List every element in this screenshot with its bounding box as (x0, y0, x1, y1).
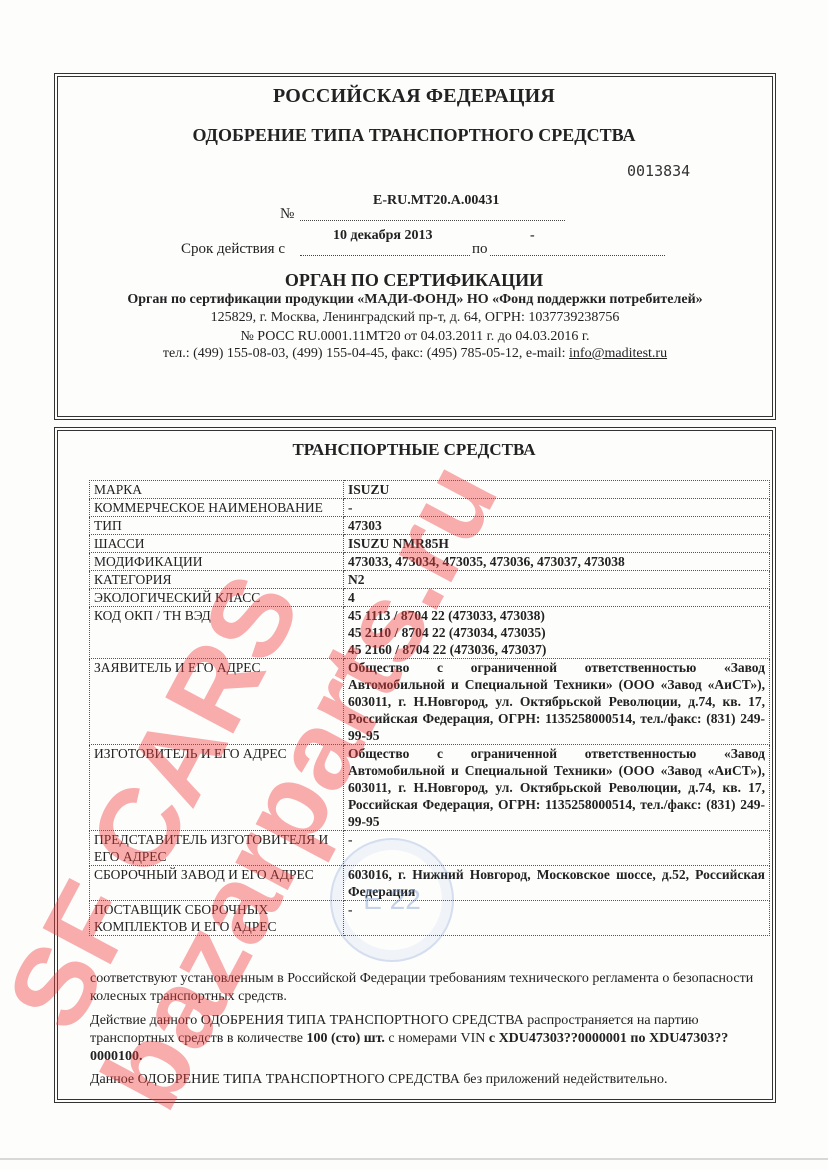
table-row: ЗАЯВИТЕЛЬ И ЕГО АДРЕСОбщество с ограниче… (90, 659, 770, 745)
approval-number: E-RU.MT20.A.00431 (373, 193, 499, 209)
row-label: КОД ОКП / ТН ВЭД (90, 607, 344, 659)
certification-body-accreditation: № РОСС RU.0001.11МТ20 от 04.03.2011 г. д… (57, 329, 773, 345)
row-value: 4 (344, 589, 770, 607)
row-label: МОДИФИКАЦИИ (90, 553, 344, 571)
contacts-text: тел.: (499) 155-08-03, (499) 155-04-45, … (163, 346, 569, 361)
row-value: - (344, 499, 770, 517)
vehicles-title: ТРАНСПОРТНЫЕ СРЕДСТВА (0, 440, 828, 460)
row-label: СБОРОЧНЫЙ ЗАВОД И ЕГО АДРЕС (90, 866, 344, 901)
row-value: Общество с ограниченной ответственностью… (344, 659, 770, 745)
table-row: КОД ОКП / ТН ВЭД45 1113 / 8704 22 (47303… (90, 607, 770, 659)
table-row: МОДИФИКАЦИИ473033, 473034, 473035, 47303… (90, 553, 770, 571)
table-row: ТИП47303 (90, 517, 770, 535)
certification-body-address: 125829, г. Москва, Ленинградский пр-т, д… (57, 310, 773, 326)
validity-label: Срок действия с (181, 241, 285, 258)
validity-from: 10 декабря 2013 (333, 228, 433, 244)
certification-body-contacts: тел.: (499) 155-08-03, (499) 155-04-45, … (57, 346, 773, 362)
table-row: ШАССИISUZU NMR85H (90, 535, 770, 553)
row-value: - (344, 901, 770, 936)
row-value: Общество с ограниченной ответственностью… (344, 745, 770, 831)
table-row: ЭКОЛОГИЧЕСКИЙ КЛАСС4 (90, 589, 770, 607)
email-link[interactable]: info@maditest.ru (569, 346, 667, 361)
vehicle-spec-table: МАРКАISUZUКОММЕРЧЕСКОЕ НАИМЕНОВАНИЕ-ТИП4… (89, 480, 770, 936)
row-value: ISUZU (344, 481, 770, 499)
page-edge (0, 1158, 828, 1160)
table-row: ИЗГОТОВИТЕЛЬ И ЕГО АДРЕСОбщество с огран… (90, 745, 770, 831)
scope-quantity: 100 (сто) шт. (307, 1031, 385, 1046)
table-row: СБОРОЧНЫЙ ЗАВОД И ЕГО АДРЕС603016, г. Ни… (90, 866, 770, 901)
row-label: ПОСТАВЩИК СБОРОЧНЫХ КОМПЛЕКТОВ И ЕГО АДР… (90, 901, 344, 936)
validity-from-line (300, 255, 470, 256)
certification-body-title: ОРГАН ПО СЕРТИФИКАЦИИ (0, 270, 828, 291)
row-value-line: 45 1113 / 8704 22 (473033, 473038) (348, 607, 765, 624)
row-value-line: 45 2160 / 8704 22 (473036, 473037) (348, 641, 765, 658)
number-label: № (280, 206, 294, 223)
number-field-line (300, 220, 565, 221)
row-value: 473033, 473034, 473035, 473036, 473037, … (344, 553, 770, 571)
country-title: РОССИЙСКАЯ ФЕДЕРАЦИЯ (0, 85, 828, 108)
row-label: КОММЕРЧЕСКОЕ НАИМЕНОВАНИЕ (90, 499, 344, 517)
certification-body-name: Орган по сертификации продукции «МАДИ-ФО… (57, 292, 773, 308)
scope-text-2: с номерами VIN (385, 1031, 489, 1046)
validity-note: Данное ОДОБРЕНИЕ ТИПА ТРАНСПОРТНОГО СРЕД… (90, 1071, 770, 1089)
row-label: ШАССИ (90, 535, 344, 553)
compliance-statement: соответствуют установленным в Российской… (90, 970, 770, 1006)
scope-statement: Действие данного ОДОБРЕНИЯ ТИПА ТРАНСПОР… (90, 1012, 770, 1066)
validity-to: - (530, 228, 535, 244)
row-value: 47303 (344, 517, 770, 535)
row-label: ТИП (90, 517, 344, 535)
row-value: 45 1113 / 8704 22 (473033, 473038)45 211… (344, 607, 770, 659)
validity-to-label: по (472, 241, 488, 258)
table-row: КАТЕГОРИЯN2 (90, 571, 770, 589)
row-label: КАТЕГОРИЯ (90, 571, 344, 589)
row-value: N2 (344, 571, 770, 589)
row-label: МАРКА (90, 481, 344, 499)
table-row: МАРКАISUZU (90, 481, 770, 499)
row-value: - (344, 831, 770, 866)
table-row: ПРЕДСТАВИТЕЛЬ ИЗГОТОВИТЕЛЯ И ЕГО АДРЕС- (90, 831, 770, 866)
row-value: 603016, г. Нижний Новгород, Московское ш… (344, 866, 770, 901)
serial-number: 0013834 (627, 162, 690, 180)
table-row: КОММЕРЧЕСКОЕ НАИМЕНОВАНИЕ- (90, 499, 770, 517)
document-title: ОДОБРЕНИЕ ТИПА ТРАНСПОРТНОГО СРЕДСТВА (0, 125, 828, 146)
validity-to-line (490, 255, 665, 256)
row-value: ISUZU NMR85H (344, 535, 770, 553)
table-row: ПОСТАВЩИК СБОРОЧНЫХ КОМПЛЕКТОВ И ЕГО АДР… (90, 901, 770, 936)
row-label: ЗАЯВИТЕЛЬ И ЕГО АДРЕС (90, 659, 344, 745)
row-label: ЭКОЛОГИЧЕСКИЙ КЛАСС (90, 589, 344, 607)
row-value-line: 45 2110 / 8704 22 (473034, 473035) (348, 624, 765, 641)
row-label: ИЗГОТОВИТЕЛЬ И ЕГО АДРЕС (90, 745, 344, 831)
row-label: ПРЕДСТАВИТЕЛЬ ИЗГОТОВИТЕЛЯ И ЕГО АДРЕС (90, 831, 344, 866)
